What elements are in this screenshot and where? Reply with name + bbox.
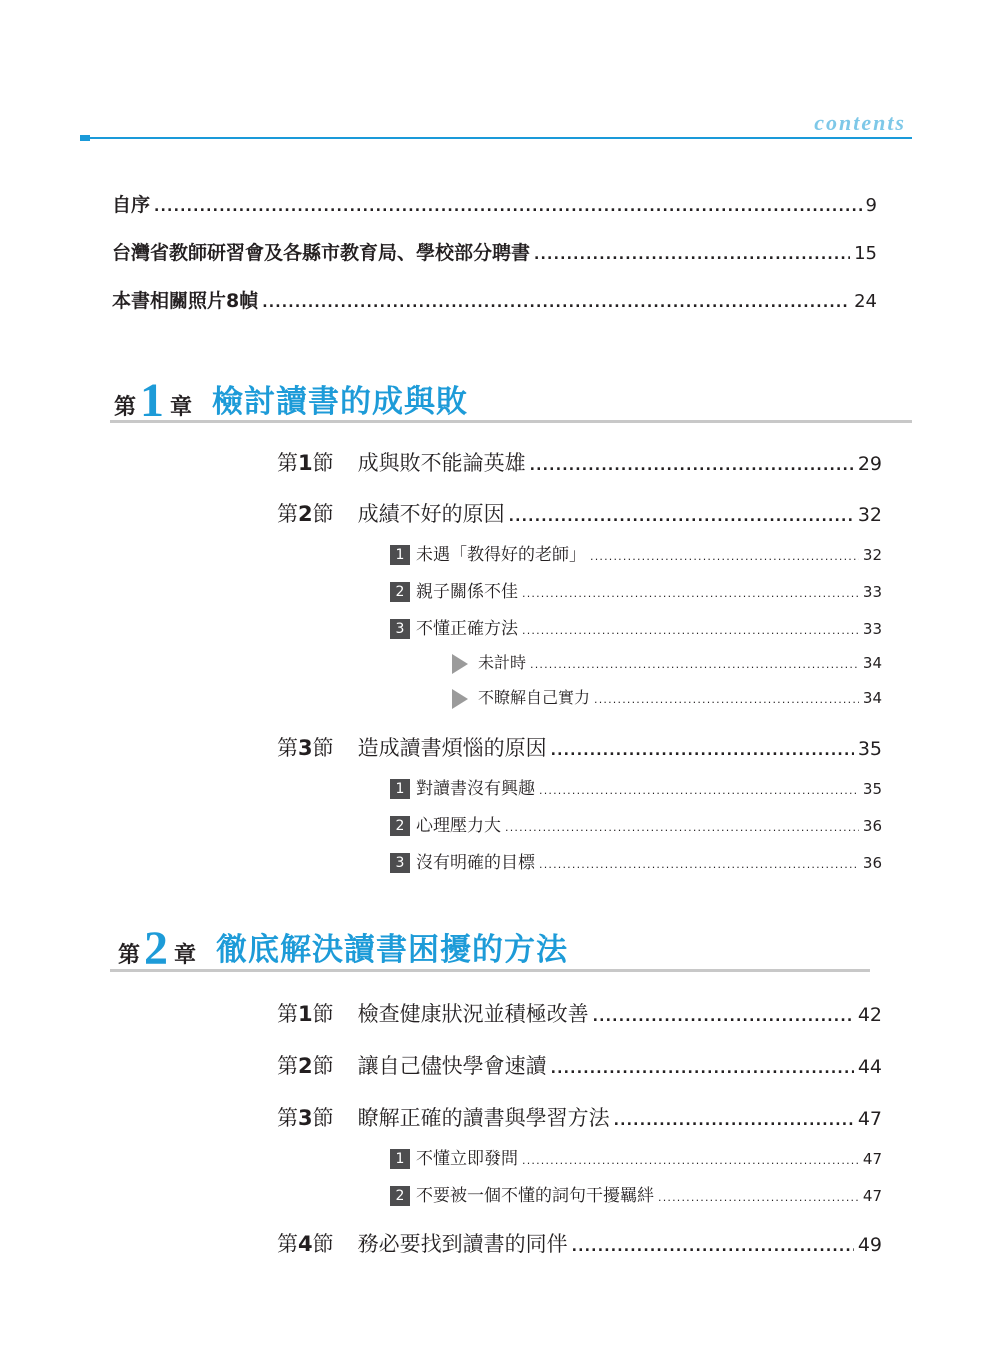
section-1-1[interactable]: 第1節 成與敗不能論英雄 29: [277, 447, 882, 477]
section-title: 務必要找到讀書的同伴: [358, 1228, 568, 1258]
page-number: 33: [863, 620, 882, 638]
number-badge: 1: [390, 545, 410, 565]
page-number: 36: [863, 854, 882, 872]
dot-leader: [530, 658, 859, 671]
subsection-title: 不要被一個不懂的詞句干擾羈絆: [416, 1186, 654, 1206]
subsection-2-3-2[interactable]: 2不要被一個不懂的詞句干擾羈絆 47: [390, 1181, 882, 1206]
number-badge: 2: [390, 816, 410, 836]
subsection-1-3-2[interactable]: 2心理壓力大 36: [390, 811, 882, 836]
number-badge: 1: [390, 1149, 410, 1169]
dot-leader: [590, 550, 859, 563]
chapter-suffix: 章: [170, 390, 192, 421]
chapter-number: 2: [144, 929, 168, 969]
section-title: 造成讀書煩惱的原因: [358, 732, 547, 762]
arrow-bullet-icon: [452, 654, 468, 674]
chapter-title: 檢討讀書的成與敗: [212, 376, 468, 421]
chapter-prefix: 第: [118, 938, 140, 969]
chapter-title: 徹底解決讀書困擾的方法: [216, 924, 568, 969]
section-title: 讓自己儘快學會速讀: [358, 1050, 547, 1080]
section-number: 第1節: [277, 447, 334, 477]
subsection-1-2-3[interactable]: 3不懂正確方法 33: [390, 614, 882, 639]
dot-leader: [505, 821, 859, 834]
subitem-1-2-3-a[interactable]: 未計時 34: [452, 650, 882, 674]
dot-leader: [593, 1009, 854, 1025]
dot-leader: [539, 784, 859, 797]
toc-entry-appointment-letters[interactable]: 台灣省教師研習會及各縣市教育局、學校部分聘書 15: [112, 238, 877, 265]
dot-leader: [534, 247, 850, 263]
section-title: 成與敗不能論英雄: [358, 447, 526, 477]
page-number: 15: [854, 243, 877, 264]
section-number: 第4節: [277, 1228, 334, 1258]
chapter-2-heading[interactable]: 第 2 章 徹底解決讀書困擾的方法: [118, 924, 568, 969]
section-2-2[interactable]: 第2節 讓自己儘快學會速讀 44: [277, 1050, 882, 1080]
subitem-title: 未計時: [478, 653, 526, 672]
section-2-4[interactable]: 第4節 務必要找到讀書的同伴 49: [277, 1228, 882, 1258]
chapter-suffix: 章: [174, 938, 196, 969]
page-number: 34: [863, 654, 882, 672]
page-number: 42: [858, 1004, 882, 1026]
page-number: 34: [863, 689, 882, 707]
section-title: 瞭解正確的讀書與學習方法: [358, 1102, 610, 1132]
subsection-title: 親子關係不佳: [416, 582, 518, 602]
header-rule: [82, 137, 912, 139]
page-number: 33: [863, 583, 882, 601]
page-number: 44: [858, 1056, 882, 1078]
subitem-1-2-3-b[interactable]: 不瞭解自己實力 34: [452, 685, 882, 709]
number-badge: 2: [390, 1186, 410, 1206]
dot-leader: [551, 743, 854, 759]
subsection-title: 對讀書沒有興趣: [416, 779, 535, 799]
dot-leader: [522, 1154, 859, 1167]
dot-leader: [530, 458, 854, 474]
number-badge: 3: [390, 853, 410, 873]
entry-title: 本書相關照片8幀: [112, 286, 258, 313]
arrow-bullet-icon: [452, 689, 468, 709]
section-2-3[interactable]: 第3節 瞭解正確的讀書與學習方法 47: [277, 1102, 882, 1132]
chapter-2-rule: [110, 969, 870, 972]
chapter-1-heading[interactable]: 第 1 章 檢討讀書的成與敗: [114, 376, 468, 421]
subitem-title: 不瞭解自己實力: [478, 688, 590, 707]
page-number: 9: [866, 195, 877, 216]
toc-entry-preface[interactable]: 自序 9: [112, 190, 877, 217]
dot-leader: [509, 509, 854, 525]
number-badge: 3: [390, 619, 410, 639]
contents-heading: contents: [814, 110, 906, 136]
dot-leader: [614, 1113, 854, 1129]
dot-leader: [262, 295, 850, 311]
page-number: 47: [863, 1150, 882, 1168]
dot-leader: [522, 587, 859, 600]
number-badge: 1: [390, 779, 410, 799]
dot-leader: [658, 1191, 859, 1204]
chapter-1-rule: [110, 420, 912, 423]
page-number: 32: [858, 504, 882, 526]
section-2-1[interactable]: 第1節 檢查健康狀況並積極改善 42: [277, 998, 882, 1028]
dot-leader: [551, 1061, 854, 1077]
subsection-1-2-1[interactable]: 1未遇「教得好的老師」 32: [390, 540, 882, 565]
section-number: 第2節: [277, 1050, 334, 1080]
page-number: 24: [854, 291, 877, 312]
page-number: 47: [863, 1187, 882, 1205]
section-number: 第1節: [277, 998, 334, 1028]
subsection-title: 不懂正確方法: [416, 619, 518, 639]
dot-leader: [594, 693, 859, 706]
toc-entry-photos[interactable]: 本書相關照片8幀 24: [112, 286, 877, 313]
page-number: 35: [858, 738, 882, 760]
page-number: 32: [863, 546, 882, 564]
section-number: 第2節: [277, 498, 334, 528]
subsection-title: 不懂立即發問: [416, 1149, 518, 1169]
header-rule-marker: [80, 135, 90, 141]
section-1-2[interactable]: 第2節 成績不好的原因 32: [277, 498, 882, 528]
dot-leader: [572, 1239, 854, 1255]
section-1-3[interactable]: 第3節 造成讀書煩惱的原因 35: [277, 732, 882, 762]
page-number: 35: [863, 780, 882, 798]
page-number: 36: [863, 817, 882, 835]
subsection-1-3-3[interactable]: 3沒有明確的目標 36: [390, 848, 882, 873]
subsection-1-3-1[interactable]: 1對讀書沒有興趣 35: [390, 774, 882, 799]
page-number: 47: [858, 1108, 882, 1130]
subsection-2-3-1[interactable]: 1不懂立即發問 47: [390, 1144, 882, 1169]
section-number: 第3節: [277, 1102, 334, 1132]
page-number: 49: [858, 1234, 882, 1256]
section-title: 檢查健康狀況並積極改善: [358, 998, 589, 1028]
page-number: 29: [858, 453, 882, 475]
section-title: 成績不好的原因: [358, 498, 505, 528]
number-badge: 2: [390, 582, 410, 602]
dot-leader: [539, 858, 859, 871]
dot-leader: [154, 199, 862, 215]
subsection-title: 沒有明確的目標: [416, 853, 535, 873]
entry-title: 台灣省教師研習會及各縣市教育局、學校部分聘書: [112, 238, 530, 265]
section-number: 第3節: [277, 732, 334, 762]
dot-leader: [522, 624, 859, 637]
subsection-1-2-2[interactable]: 2親子關係不佳 33: [390, 577, 882, 602]
chapter-number: 1: [140, 381, 164, 421]
subsection-title: 心理壓力大: [416, 816, 501, 836]
chapter-prefix: 第: [114, 390, 136, 421]
subsection-title: 未遇「教得好的老師」: [416, 545, 586, 565]
entry-title: 自序: [112, 190, 150, 217]
